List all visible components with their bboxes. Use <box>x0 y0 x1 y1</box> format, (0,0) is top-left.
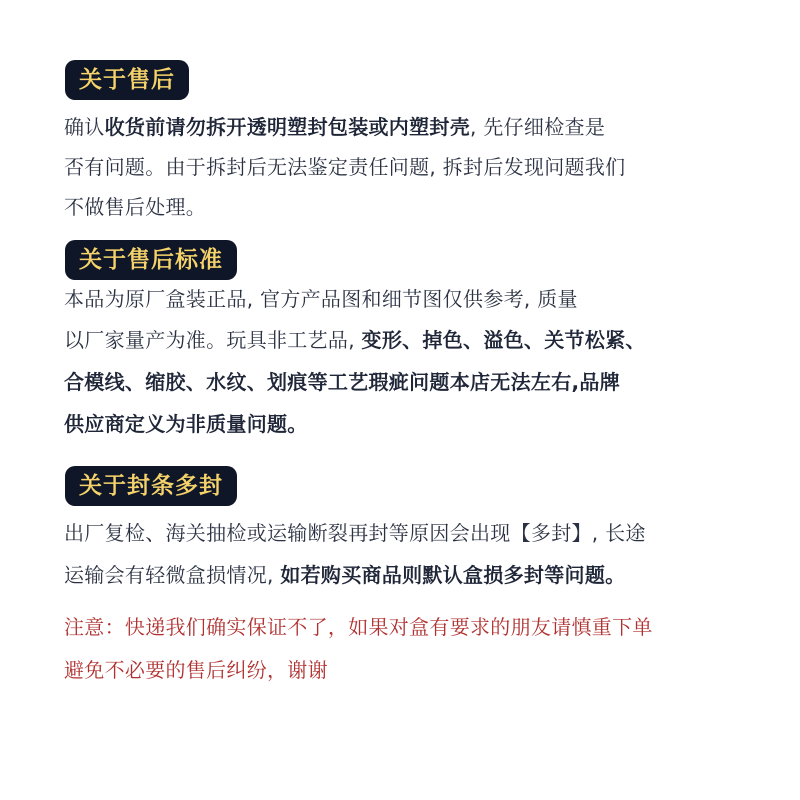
text-segment: 本品为原厂盒装正品, 官方产品图和细节图仅供参考, 质量 <box>64 287 578 311</box>
section-2-line-2: 以厂家量产为准。玩具非工艺品, 变形、掉色、溢色、关节松紧、 <box>64 326 646 354</box>
section-3-line-1: 出厂复检、海关抽检或运输断裂再封等原因会出现【多封】, 长途 <box>64 519 646 547</box>
section-3-line-2: 运输会有轻微盒损情况, 如若购买商品则默认盒损多封等问题。 <box>64 561 625 589</box>
notice-line-1: 注意：快递我们确实保证不了，如果对盒有要求的朋友请慎重下单 <box>64 613 653 641</box>
section-1-line-3: 不做售后处理。 <box>64 193 206 221</box>
notice-line-2: 避免不必要的售后纠纷，谢谢 <box>64 656 328 684</box>
section-1-line-1: 确认收货前请勿拆开透明塑封包装或内塑封壳, 先仔细检查是 <box>64 113 605 141</box>
text-segment-bold: 供应商定义为非质量问题。 <box>64 412 308 436</box>
section-2-line-1: 本品为原厂盒装正品, 官方产品图和细节图仅供参考, 质量 <box>64 285 578 313</box>
text-segment: 确认 <box>64 115 105 139</box>
text-segment: 否有问题。由于拆封后无法鉴定责任问题, 拆封后发现问题我们 <box>64 155 625 179</box>
section-2-line-3: 合模线、缩胶、水纹、划痕等工艺瑕疵问题本店无法左右,品牌 <box>64 368 620 396</box>
text-segment-bold: 收货前请勿拆开透明塑封包装或内塑封壳 <box>105 115 470 139</box>
text-segment-bold: 合模线、缩胶、水纹、划痕等工艺瑕疵问题本店无法左右,品牌 <box>64 370 620 394</box>
text-segment: 出厂复检、海关抽检或运输断裂再封等原因会出现【多封】, 长途 <box>64 521 646 545</box>
section-heading-seal-strips: 关于封条多封 <box>65 466 237 506</box>
text-segment: 运输会有轻微盒损情况, <box>64 563 280 587</box>
text-segment: 以厂家量产为准。玩具非工艺品, <box>64 328 362 352</box>
section-2-line-4: 供应商定义为非质量问题。 <box>64 410 308 438</box>
text-segment-bold: 变形、掉色、溢色、关节松紧、 <box>362 328 646 352</box>
section-heading-after-sales: 关于售后 <box>65 60 189 100</box>
section-1-line-2: 否有问题。由于拆封后无法鉴定责任问题, 拆封后发现问题我们 <box>64 153 625 181</box>
text-segment: , 先仔细检查是 <box>470 115 605 139</box>
section-heading-after-sales-standard: 关于售后标准 <box>65 240 237 280</box>
text-segment: 不做售后处理。 <box>64 195 206 219</box>
text-segment-bold: 如若购买商品则默认盒损多封等问题。 <box>280 563 625 587</box>
